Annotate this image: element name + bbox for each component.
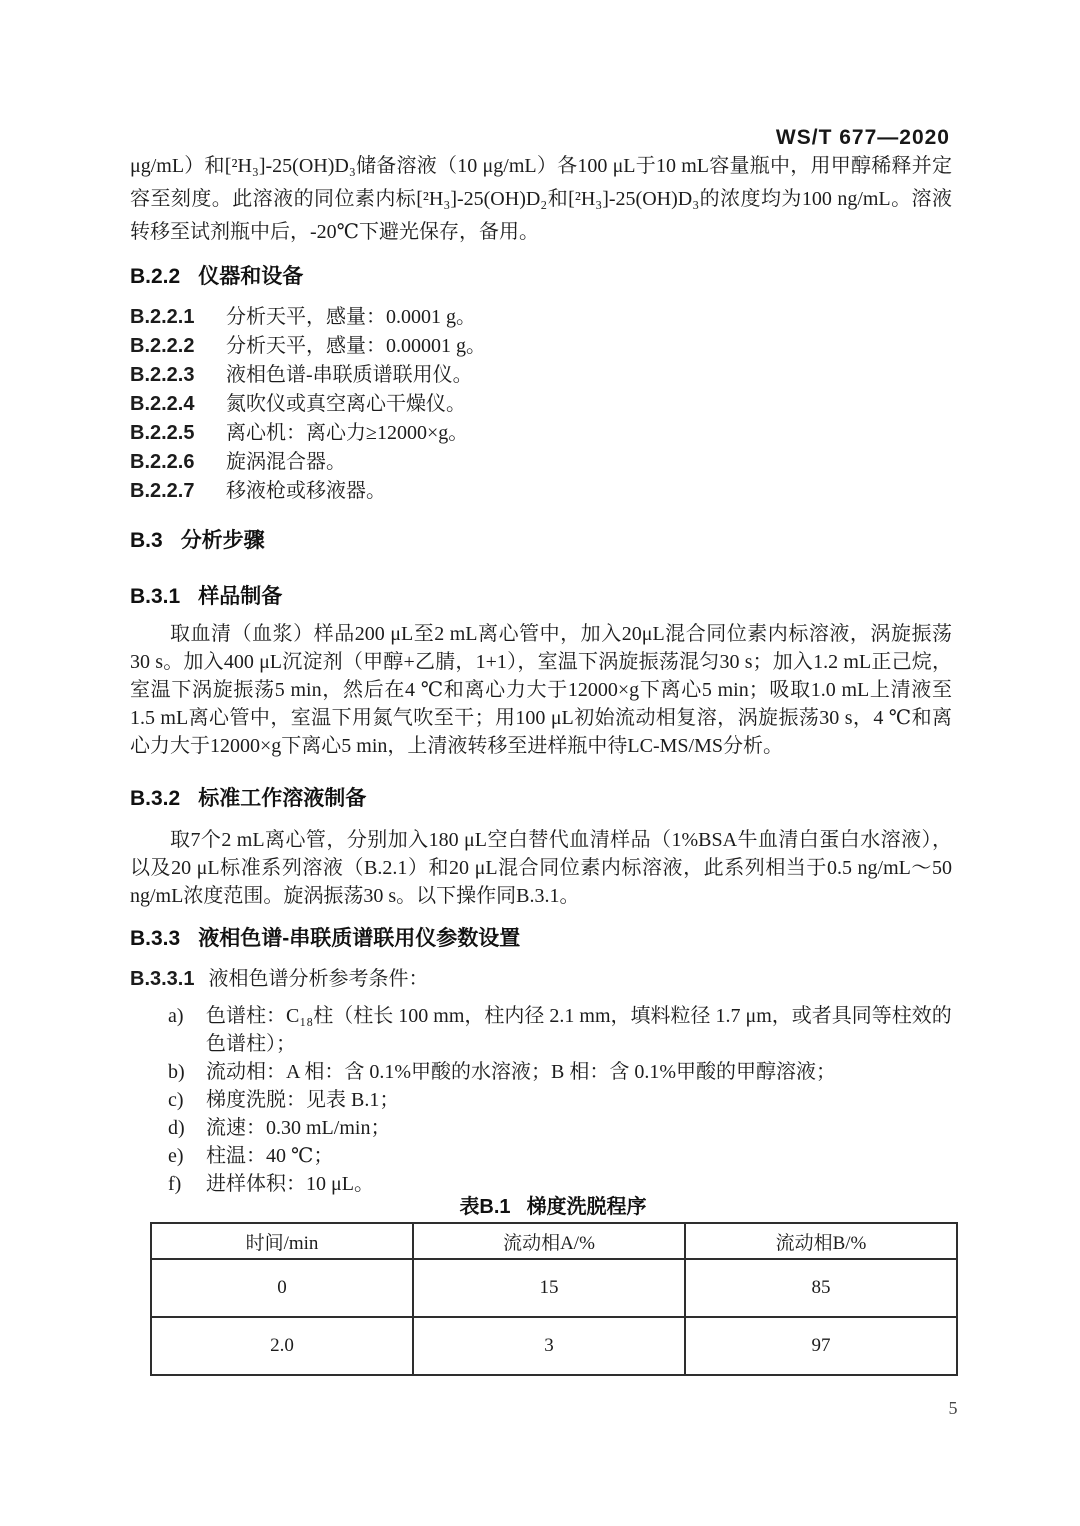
table-cell: 0 [151, 1259, 413, 1317]
section-number: B.3.3.1 [130, 968, 194, 990]
list-item: e) 柱温：40 ℃； [168, 1142, 954, 1170]
list-item-letter: c) [168, 1086, 206, 1114]
table-row: 0 15 85 [151, 1259, 957, 1317]
table-cell: 15 [413, 1259, 685, 1317]
clause-number: B.2.2.7 [130, 480, 218, 503]
equipment-item: B.2.2.1 分析天平，感量：0.0001 g。 [130, 300, 952, 329]
clause-number: B.2.2.5 [130, 422, 218, 445]
clause-number: B.2.2.3 [130, 364, 218, 387]
clause-number: B.2.2.2 [130, 335, 218, 358]
intro-paragraph: μg/mL）和[²H₃]-25(OH)D₃储备溶液（10 μg/mL）各100 … [130, 150, 952, 249]
equipment-item: B.2.2.2 分析天平，感量：0.00001 g。 [130, 329, 952, 358]
section-number: B.3.1 [130, 585, 180, 608]
table-caption-label: 表B.1 [459, 1196, 510, 1218]
equipment-list: B.2.2.1 分析天平，感量：0.0001 g。 B.2.2.2 分析天平，感… [130, 300, 952, 503]
table-b1-caption: 表B.1梯度洗脱程序 [150, 1190, 956, 1219]
section-title: 液相色谱-串联质谱联用仪参数设置 [198, 927, 520, 950]
list-item: d) 流速：0.30 mL/min； [168, 1114, 954, 1142]
table-row: 2.0 3 97 [151, 1317, 957, 1375]
table-cell: 3 [413, 1317, 685, 1375]
doc-number-header: WS/T 677—2020 [776, 126, 950, 150]
section-number: B.3.2 [130, 787, 180, 810]
section-title: 液相色谱分析参考条件： [208, 968, 428, 990]
equipment-item: B.2.2.7 移液枪或移液器。 [130, 474, 952, 503]
document-page: WS/T 677—2020 μg/mL）和[²H₃]-25(OH)D₃储备溶液（… [0, 0, 1080, 1526]
list-item-letter: e) [168, 1142, 206, 1170]
section-number: B.2.2 [130, 265, 180, 288]
clause-text: 分析天平，感量：0.00001 g。 [226, 329, 486, 358]
list-item-text: 流动相：A 相：含 0.1%甲酸的水溶液；B 相：含 0.1%甲酸的甲醇溶液； [206, 1058, 836, 1086]
section-title: 分析步骤 [181, 529, 265, 552]
equipment-item: B.2.2.3 液相色谱-串联质谱联用仪。 [130, 358, 952, 387]
clause-text: 旋涡混合器。 [226, 445, 346, 474]
equipment-item: B.2.2.4 氮吹仪或真空离心干燥仪。 [130, 387, 952, 416]
table-cell: 97 [685, 1317, 957, 1375]
clause-number: B.2.2.4 [130, 393, 218, 416]
table-caption-title: 梯度洗脱程序 [527, 1196, 647, 1218]
section-title: 标准工作溶液制备 [198, 787, 366, 810]
section-b331-heading: B.3.3.1液相色谱分析参考条件： [130, 962, 428, 991]
section-b31-heading: B.3.1样品制备 [130, 580, 282, 610]
list-item-text: 色谱柱：C₁₈柱（柱长 100 mm，柱内径 2.1 mm，填料粒径 1.7 μ… [206, 1002, 954, 1058]
standard-solution-paragraph: 取7个2 mL离心管，分别加入180 μL空白替代血清样品（1%BSA牛血清白蛋… [130, 826, 952, 910]
section-number: B.3.3 [130, 927, 180, 950]
equipment-item: B.2.2.5 离心机：离心力≥12000×g。 [130, 416, 952, 445]
list-item: c) 梯度洗脱：见表 B.1； [168, 1086, 954, 1114]
clause-text: 液相色谱-串联质谱联用仪。 [226, 358, 473, 387]
list-item: a) 色谱柱：C₁₈柱（柱长 100 mm，柱内径 2.1 mm，填料粒径 1.… [168, 1002, 954, 1058]
section-b32-heading: B.3.2标准工作溶液制备 [130, 782, 366, 812]
sample-prep-paragraph: 取血清（血浆）样品200 μL至2 mL离心管中，加入20μL混合同位素内标溶液… [130, 620, 952, 760]
clause-text: 移液枪或移液器。 [226, 474, 386, 503]
list-item-letter: d) [168, 1114, 206, 1142]
list-item-text: 柱温：40 ℃； [206, 1142, 333, 1170]
list-item-text: 流速：0.30 mL/min； [206, 1114, 390, 1142]
table-cell: 85 [685, 1259, 957, 1317]
section-title: 样品制备 [198, 585, 282, 608]
clause-text: 氮吹仪或真空离心干燥仪。 [226, 387, 466, 416]
list-item-letter: b) [168, 1058, 206, 1086]
list-item: b) 流动相：A 相：含 0.1%甲酸的水溶液；B 相：含 0.1%甲酸的甲醇溶… [168, 1058, 954, 1086]
clause-text: 分析天平，感量：0.0001 g。 [226, 300, 476, 329]
table-header-row: 时间/min 流动相A/% 流动相B/% [151, 1223, 957, 1259]
table-header-cell: 时间/min [151, 1223, 413, 1259]
list-item-text: 梯度洗脱：见表 B.1； [206, 1086, 399, 1114]
table-cell: 2.0 [151, 1317, 413, 1375]
gradient-elution-table: 时间/min 流动相A/% 流动相B/% 0 15 85 2.0 3 97 [150, 1222, 958, 1376]
equipment-item: B.2.2.6 旋涡混合器。 [130, 445, 952, 474]
page-number: 5 [938, 1398, 968, 1419]
clause-number: B.2.2.1 [130, 306, 218, 329]
table-header-cell: 流动相B/% [685, 1223, 957, 1259]
section-title: 仪器和设备 [198, 265, 303, 288]
lc-conditions-list: a) 色谱柱：C₁₈柱（柱长 100 mm，柱内径 2.1 mm，填料粒径 1.… [168, 1002, 954, 1198]
list-item-letter: a) [168, 1002, 206, 1030]
clause-number: B.2.2.6 [130, 451, 218, 474]
section-number: B.3 [130, 529, 163, 552]
section-b3-heading: B.3分析步骤 [130, 524, 265, 554]
clause-text: 离心机：离心力≥12000×g。 [226, 416, 468, 445]
section-b22-heading: B.2.2仪器和设备 [130, 260, 303, 290]
section-b33-heading: B.3.3液相色谱-串联质谱联用仪参数设置 [130, 922, 520, 952]
table-header-cell: 流动相A/% [413, 1223, 685, 1259]
